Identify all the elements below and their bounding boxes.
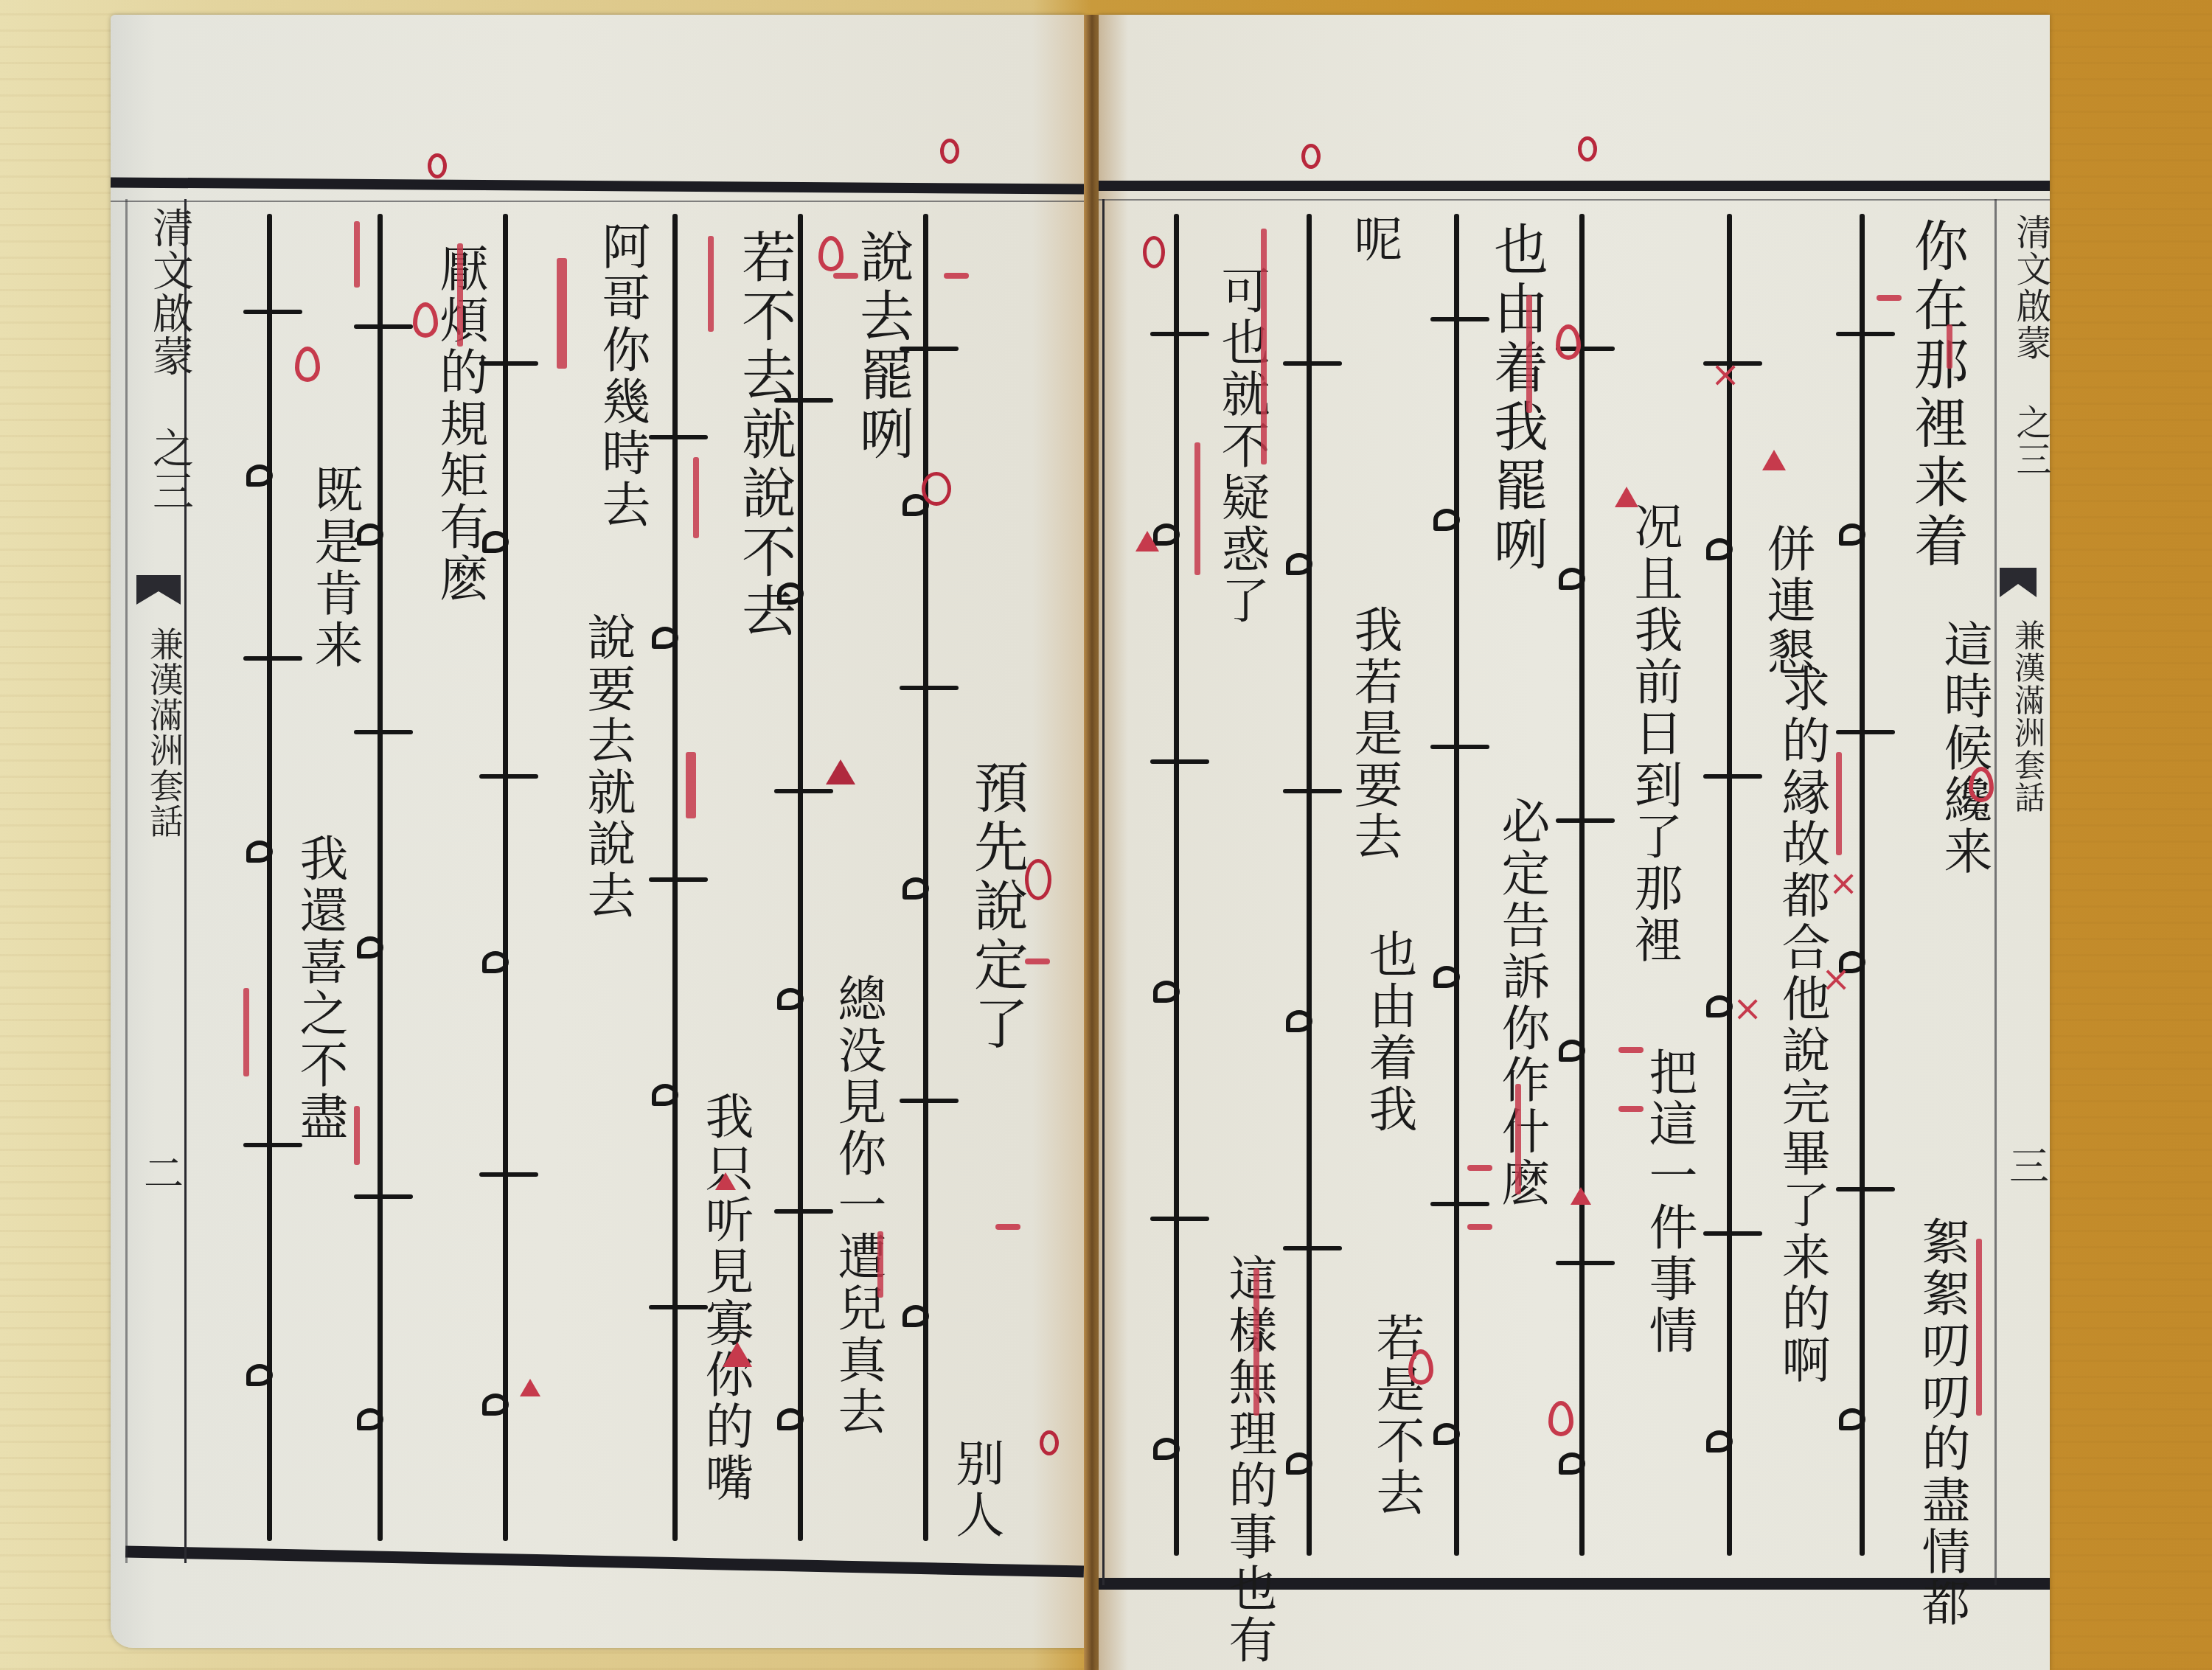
red-triangle-mark [723, 1342, 752, 1367]
manchu-column [1703, 214, 1755, 1556]
margin-book-title: 清文啟蒙 之三 [2006, 214, 2056, 478]
page-number: 三 [2009, 1135, 2049, 1192]
red-bar-mark [708, 236, 714, 332]
top-inner-rule [1099, 199, 2050, 201]
red-bar-mark [1253, 1268, 1259, 1416]
manchu-column [354, 214, 406, 1541]
red-bar-mark [1261, 229, 1267, 465]
chinese-column: 說要去就說去 [582, 612, 631, 922]
manchu-column [1556, 214, 1607, 1556]
red-drop-mark [818, 236, 844, 271]
red-dash-mark [944, 273, 969, 279]
chinese-column: 併連懇 [1762, 523, 1811, 678]
chinese-column: 我還喜之不盡 [295, 833, 344, 1143]
red-circle-mark [1143, 236, 1165, 268]
red-dash-mark [1618, 1047, 1644, 1053]
chinese-column: 必定告訴你作什麽 [1497, 796, 1545, 1209]
red-dash-mark [1467, 1165, 1492, 1171]
chinese-column: 别人 [951, 1438, 1000, 1541]
red-drop-mark [1408, 1349, 1433, 1385]
red-triangle-mark [1615, 487, 1638, 507]
top-border-rule [1099, 181, 2050, 191]
margin-section-title: 兼漢滿洲套話 [2006, 619, 2050, 814]
red-triangle-mark [1571, 1187, 1591, 1205]
red-circle-mark [1301, 144, 1321, 169]
red-cross-mark: × [1733, 988, 1762, 1029]
red-cross-mark: × [1821, 958, 1851, 1000]
red-bar-mark [354, 1106, 360, 1165]
red-cross-mark: × [1711, 354, 1740, 395]
chinese-column: 也由着我罷咧 [1489, 221, 1544, 575]
red-dash-mark [1025, 958, 1050, 964]
top-border-rule [111, 177, 1084, 194]
red-bar-mark [1515, 1084, 1521, 1194]
red-bar-mark [1976, 1239, 1982, 1416]
red-cross-mark: × [1829, 863, 1858, 904]
chinese-column: 求的縁故都合他說完畢了来的啊 [1777, 664, 1826, 1386]
margin-frame-line [1994, 199, 1997, 1585]
red-bar-mark [1194, 442, 1200, 575]
red-triangle-mark [520, 1379, 540, 1396]
fish-tail-mark [136, 575, 181, 605]
red-bar-mark [1947, 324, 1952, 369]
red-circle-mark [428, 153, 447, 178]
chinese-column: 把這一件事情 [1644, 1047, 1693, 1357]
red-circle-mark [1578, 136, 1597, 161]
red-dash-mark [1618, 1106, 1644, 1112]
red-dash-mark [833, 273, 858, 279]
manchu-column [649, 214, 700, 1541]
chinese-column: 可也就不疑惑了 [1217, 265, 1265, 627]
outer-frame-line [125, 199, 128, 1563]
red-dash-mark [1467, 1224, 1492, 1230]
red-bar-mark [354, 221, 360, 288]
red-bar-mark [1526, 295, 1532, 413]
manchu-column [1430, 214, 1482, 1556]
chinese-column: 也由着我 [1364, 929, 1413, 1135]
chinese-column: 我若是要去 [1349, 605, 1398, 863]
chinese-column: 阿哥你幾時去 [597, 221, 646, 531]
chinese-column: 若不去就說不去 [737, 229, 792, 641]
chinese-column: 這時候纔来 [1939, 619, 1988, 877]
chinese-column: 若是不去 [1371, 1312, 1420, 1519]
red-circle-mark [940, 139, 959, 164]
chinese-column: 我只听見寡你的嘴 [700, 1091, 749, 1504]
chinese-column: 呢 [1349, 214, 1398, 265]
red-triangle-mark [1762, 450, 1786, 470]
red-dash-mark [995, 1224, 1020, 1230]
red-bar-mark [877, 1231, 883, 1298]
red-dash-mark [1877, 295, 1902, 301]
red-triangle-mark [715, 1172, 736, 1190]
red-triangle-mark [1135, 531, 1159, 552]
red-circle-mark [1040, 1430, 1059, 1455]
chinese-column: 况且我前日到了那裡 [1630, 501, 1678, 966]
fish-tail-mark [2000, 568, 2037, 597]
chinese-column: 總没見你一遭兒真去 [833, 973, 882, 1438]
red-circle-mark [1025, 859, 1051, 900]
manchu-column [1150, 214, 1202, 1556]
margin-book-title: 清文啟蒙 之三 [140, 206, 199, 512]
red-bar-mark [1836, 752, 1842, 855]
book-spine-gutter [1084, 15, 1100, 1670]
red-bar-mark [693, 457, 699, 538]
right-page: 清文啟蒙 之三 兼漢滿洲套話 三 你在那裡来着 這 [1099, 15, 2050, 1670]
chinese-column: 既是肯来 [310, 465, 358, 671]
chinese-column: 這樣無理的事也有 [1224, 1253, 1273, 1666]
frame-line [1102, 199, 1105, 1585]
red-drop-mark [295, 347, 320, 382]
red-circle-mark [922, 472, 951, 506]
bottom-border-rule [125, 1545, 1084, 1577]
chinese-column: 預先說定了 [970, 759, 1024, 1054]
red-bar-mark [557, 258, 567, 369]
red-bar-mark [243, 988, 249, 1076]
manchu-column [243, 214, 295, 1541]
margin-section-title: 兼漢滿洲套話 [140, 627, 189, 839]
chinese-column: 絮絮叨叨的盡情都 [1917, 1217, 1966, 1629]
red-bar-mark [457, 243, 463, 347]
red-triangle-mark [826, 759, 855, 784]
chinese-column: 說去罷咧 [855, 229, 910, 465]
top-inner-rule [111, 201, 1084, 202]
chinese-column: 你在那裡来着 [1910, 218, 1964, 571]
manchu-column [1283, 214, 1335, 1556]
left-page: 清文啟蒙 之三 兼漢滿洲套話 二 說去罷咧 若不去 [111, 15, 1084, 1648]
red-bar-mark [686, 752, 696, 818]
page-number: 二 [144, 1143, 184, 1200]
